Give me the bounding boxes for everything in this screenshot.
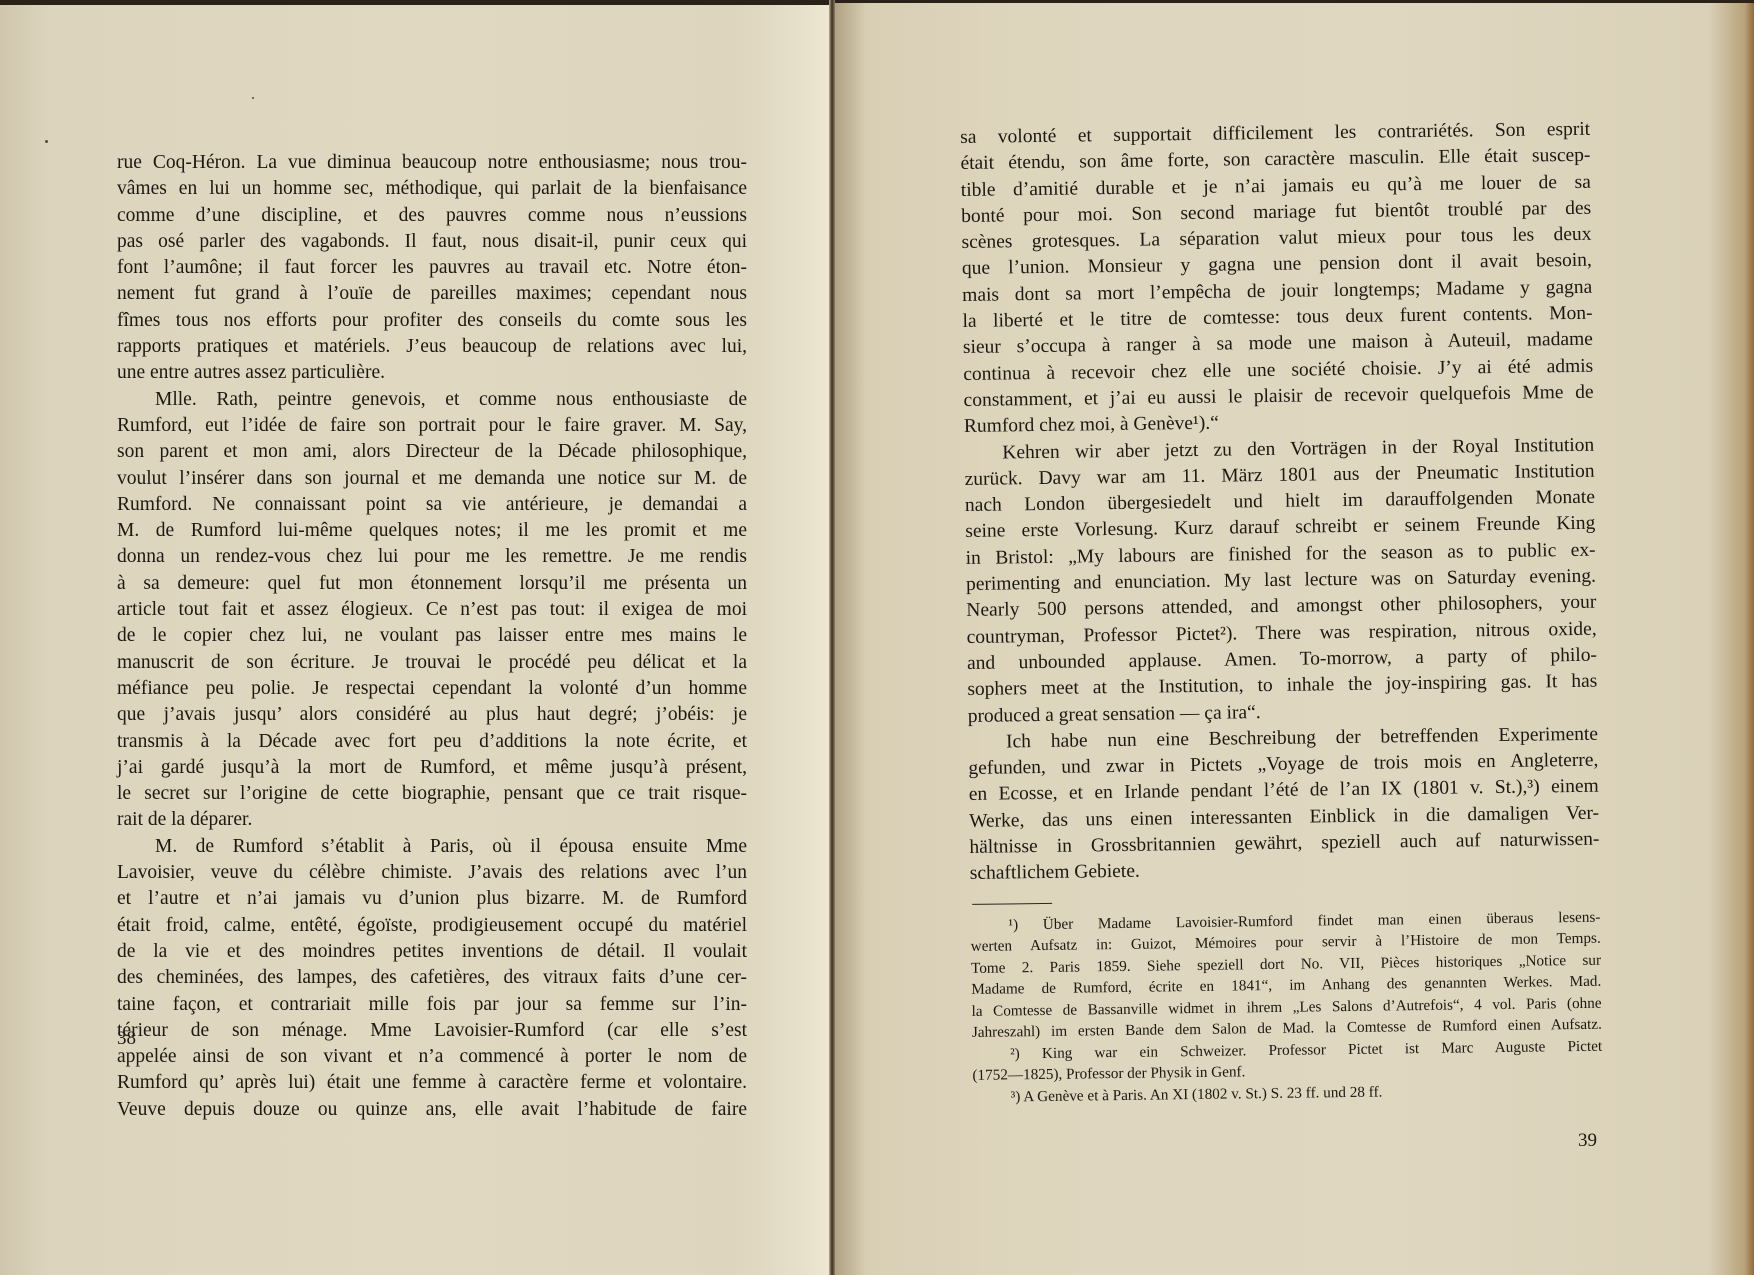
text-line: Mlle. Rath, peintre genevois, et comme n… [117, 387, 747, 413]
text-line: de la vie et des moindres petites invent… [117, 939, 747, 965]
paper-speck [45, 140, 48, 143]
text-line: Rumford. Ne connaissant point sa vie ant… [117, 492, 747, 518]
text-line: vâmes en lui un homme sec, méthodique, q… [117, 176, 747, 202]
text-line: et l’autre et n’ai jamais vu d’union plu… [117, 886, 747, 912]
text-line: Rumford, eut l’idée de faire son portrai… [117, 413, 747, 439]
text-line: fîmes tous nos efforts pour profiter des… [117, 308, 747, 334]
text-line: de le copier chez lui, ne voulant pas la… [117, 623, 747, 649]
text-line: une entre autres assez particulière. [117, 360, 747, 386]
text-line: appelée ainsi de son vivant et n’a comme… [117, 1044, 747, 1070]
text-line: manuscrit de son écriture. Je trouvai le… [117, 650, 747, 676]
text-line: méfiance peu polie. Je respectai cependa… [117, 676, 747, 702]
right-page-body: sa volonté et supportait difficilement l… [960, 117, 1603, 1108]
text-line: j’ai gardé jusqu’à la mort de Rumford, e… [117, 755, 747, 781]
text-line: le secret sur l’origine de cette biograp… [117, 781, 747, 807]
page-number-left: 38 [117, 1028, 136, 1050]
page-curl-shadow [835, 3, 865, 1275]
text-line: M. de Rumford lui-même quelques notes; i… [117, 518, 747, 544]
text-line: rait de la déparer. [117, 807, 747, 833]
text-line: comme d’une discipline, et des pauvres c… [117, 203, 747, 229]
text-line: à sa demeure: quel fut mon étonnement lo… [117, 571, 747, 597]
text-line: Lavoisier, veuve du célèbre chimiste. J’… [117, 860, 747, 886]
text-line: taine façon, et contrariait mille fois p… [117, 992, 747, 1018]
footnotes: ¹) Über Madame Lavoisier-Rumford findet … [970, 895, 1603, 1108]
text-line: térieur de son ménage. Mme Lavoisier-Rum… [117, 1018, 747, 1044]
footnote-rule [972, 902, 1052, 904]
text-line: Veuve depuis douze ou quinze ans, elle a… [117, 1097, 747, 1123]
text-line: rapports pratiques et matériels. J’eus b… [117, 334, 747, 360]
text-line: rue Coq-Héron. La vue diminua beaucoup n… [117, 150, 747, 176]
text-line: transmis à la Décade avec fort peu d’add… [117, 729, 747, 755]
text-line: des cheminées, des lampes, des cafetière… [117, 965, 747, 991]
text-line: font l’aumône; il faut forcer les pauvre… [117, 255, 747, 281]
text-line: que j’avais jusqu’ alors considéré au pl… [117, 702, 747, 728]
text-line: donna un rendez-vous chez lui pour me le… [117, 544, 747, 570]
text-line: M. de Rumford s’établit à Paris, où il é… [117, 834, 747, 860]
page-number-right: 39 [1578, 1130, 1597, 1152]
text-line: son parent et mon ami, alors Directeur d… [117, 439, 747, 465]
footnote-list: ¹) Über Madame Lavoisier-Rumford findet … [970, 906, 1602, 1108]
text-line: article tout fait et assez élogieux. Ce … [117, 597, 747, 623]
book-spread: rue Coq-Héron. La vue diminua beaucoup n… [0, 0, 1754, 1275]
paper-speck [252, 97, 254, 99]
right-page-paragraphs: sa volonté et supportait difficilement l… [960, 117, 1600, 888]
text-line: pas osé parler des vagabonds. Il faut, n… [117, 229, 747, 255]
text-line: Rumford qu’ après lui) était une femme à… [117, 1070, 747, 1096]
text-line: nement fut grand à l’ouïe de pareilles m… [117, 281, 747, 307]
text-line: était froid, calme, entêté, égoïste, pro… [117, 913, 747, 939]
left-page-body: rue Coq-Héron. La vue diminua beaucoup n… [117, 150, 747, 1123]
text-line: voulut l’insérer dans son journal et me … [117, 466, 747, 492]
